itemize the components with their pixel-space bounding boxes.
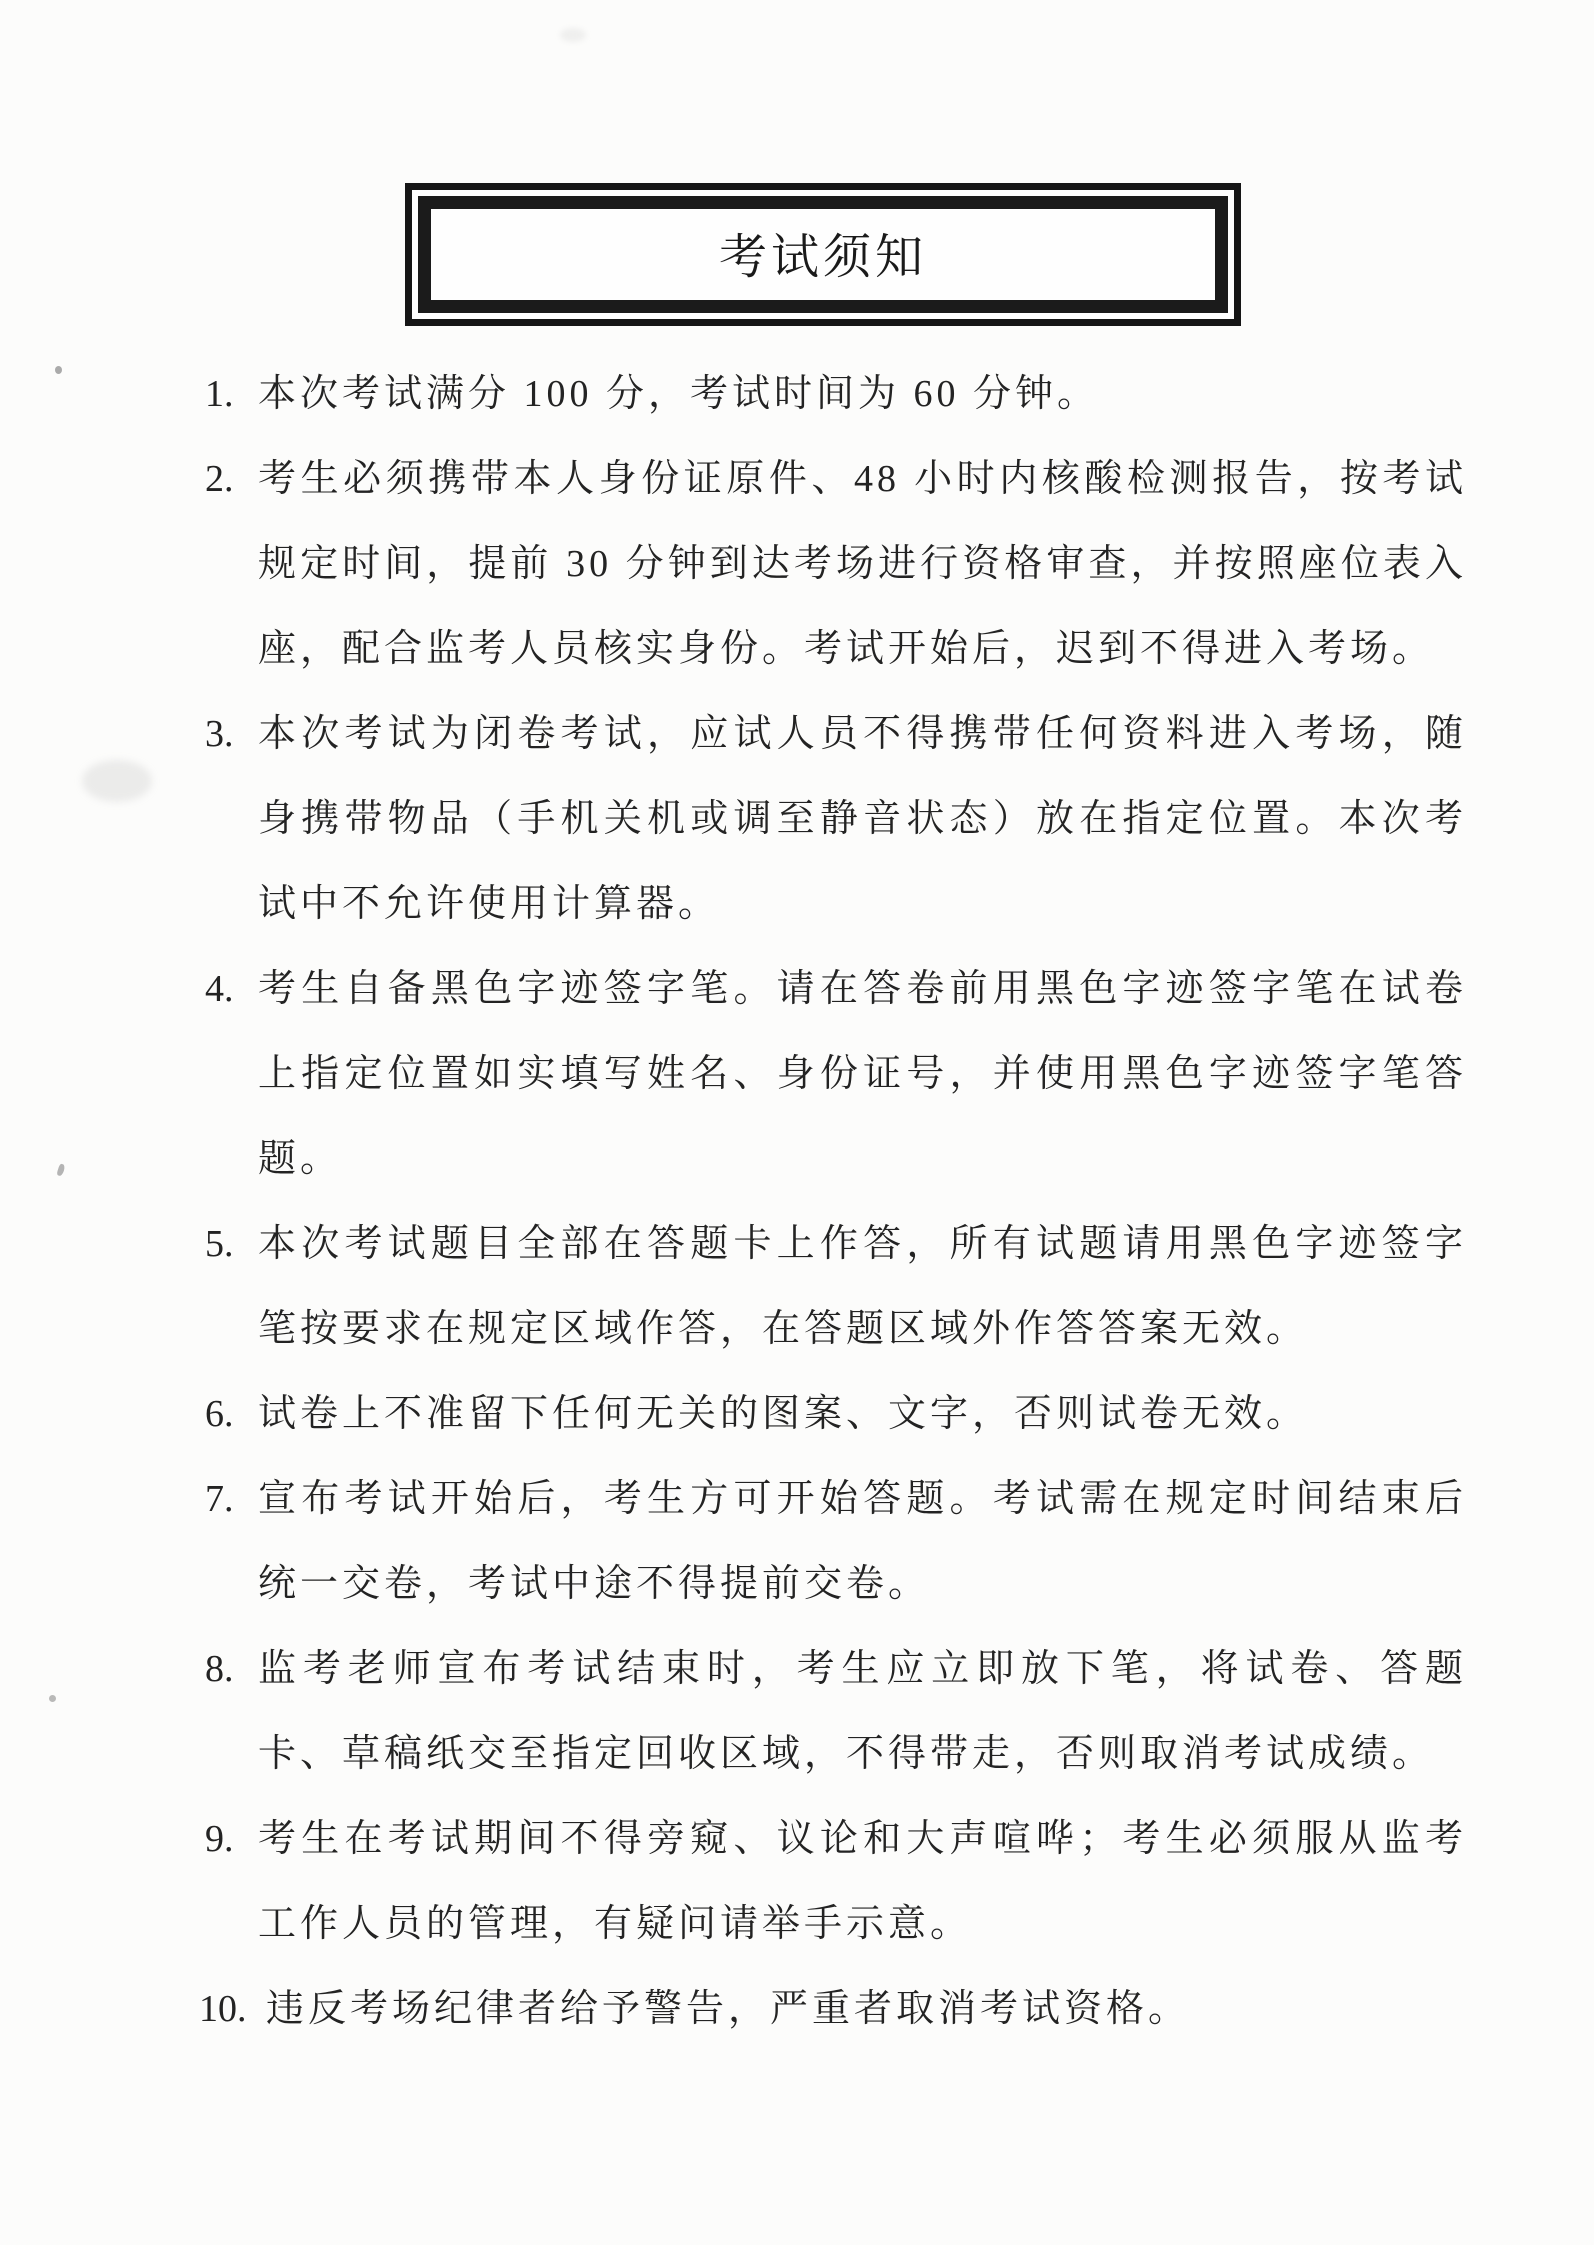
item-number: 5. — [205, 1202, 258, 1372]
item-text: 本次考试满分 100 分，考试时间为 60 分钟。 — [258, 352, 1467, 437]
item-number: 10. — [199, 1967, 266, 2052]
scan-artifact — [49, 1695, 56, 1702]
notice-item-7: 7. 宣布考试开始后，考生方可开始答题。考试需在规定时间结束后统一交卷，考试中途… — [205, 1457, 1467, 1627]
notice-list: 1. 本次考试满分 100 分，考试时间为 60 分钟。 2. 考生必须携带本人… — [205, 352, 1467, 2052]
page-title: 考试须知 — [719, 218, 927, 287]
title-frame-inner: 考试须知 — [418, 196, 1228, 313]
item-number: 4. — [205, 947, 258, 1202]
item-text: 考生自备黑色字迹签字笔。请在答卷前用黑色字迹签字笔在试卷上指定位置如实填写姓名、… — [258, 947, 1467, 1202]
item-text: 本次考试为闭卷考试，应试人员不得携带任何资料进入考场，随身携带物品（手机关机或调… — [258, 692, 1467, 947]
title-frame: 考试须知 — [405, 183, 1241, 326]
scan-artifact — [82, 760, 152, 802]
item-number: 6. — [205, 1372, 258, 1457]
item-text: 宣布考试开始后，考生方可开始答题。考试需在规定时间结束后统一交卷，考试中途不得提… — [258, 1457, 1467, 1627]
item-number: 1. — [205, 352, 258, 437]
item-number: 9. — [205, 1797, 258, 1967]
item-text: 违反考场纪律者给予警告，严重者取消考试资格。 — [266, 1967, 1467, 2052]
notice-item-1: 1. 本次考试满分 100 分，考试时间为 60 分钟。 — [205, 352, 1467, 437]
notice-item-5: 5. 本次考试题目全部在答题卡上作答，所有试题请用黑色字迹签字笔按要求在规定区域… — [205, 1202, 1467, 1372]
notice-item-10: 10. 违反考场纪律者给予警告，严重者取消考试资格。 — [205, 1967, 1467, 2052]
item-text: 试卷上不准留下任何无关的图案、文字，否则试卷无效。 — [258, 1372, 1467, 1457]
item-number: 2. — [205, 437, 258, 692]
item-number: 8. — [205, 1627, 258, 1797]
scan-artifact — [560, 28, 586, 42]
scan-artifact — [56, 1163, 65, 1176]
notice-item-9: 9. 考生在考试期间不得旁窥、议论和大声喧哗；考生必须服从监考工作人员的管理，有… — [205, 1797, 1467, 1967]
item-number: 3. — [205, 692, 258, 947]
scanned-exam-notice-page: 考试须知 1. 本次考试满分 100 分，考试时间为 60 分钟。 2. 考生必… — [0, 0, 1594, 2245]
item-text: 考生必须携带本人身份证原件、48 小时内核酸检测报告，按考试规定时间，提前 30… — [258, 437, 1467, 692]
item-text: 考生在考试期间不得旁窥、议论和大声喧哗；考生必须服从监考工作人员的管理，有疑问请… — [258, 1797, 1467, 1967]
notice-item-2: 2. 考生必须携带本人身份证原件、48 小时内核酸检测报告，按考试规定时间，提前… — [205, 437, 1467, 692]
notice-item-8: 8. 监考老师宣布考试结束时，考生应立即放下笔，将试卷、答题卡、草稿纸交至指定回… — [205, 1627, 1467, 1797]
scan-artifact — [55, 366, 62, 374]
notice-item-4: 4. 考生自备黑色字迹签字笔。请在答卷前用黑色字迹签字笔在试卷上指定位置如实填写… — [205, 947, 1467, 1202]
item-number: 7. — [205, 1457, 258, 1627]
notice-item-6: 6. 试卷上不准留下任何无关的图案、文字，否则试卷无效。 — [205, 1372, 1467, 1457]
item-text: 监考老师宣布考试结束时，考生应立即放下笔，将试卷、答题卡、草稿纸交至指定回收区域… — [258, 1627, 1467, 1797]
notice-item-3: 3. 本次考试为闭卷考试，应试人员不得携带任何资料进入考场，随身携带物品（手机关… — [205, 692, 1467, 947]
item-text: 本次考试题目全部在答题卡上作答，所有试题请用黑色字迹签字笔按要求在规定区域作答，… — [258, 1202, 1467, 1372]
